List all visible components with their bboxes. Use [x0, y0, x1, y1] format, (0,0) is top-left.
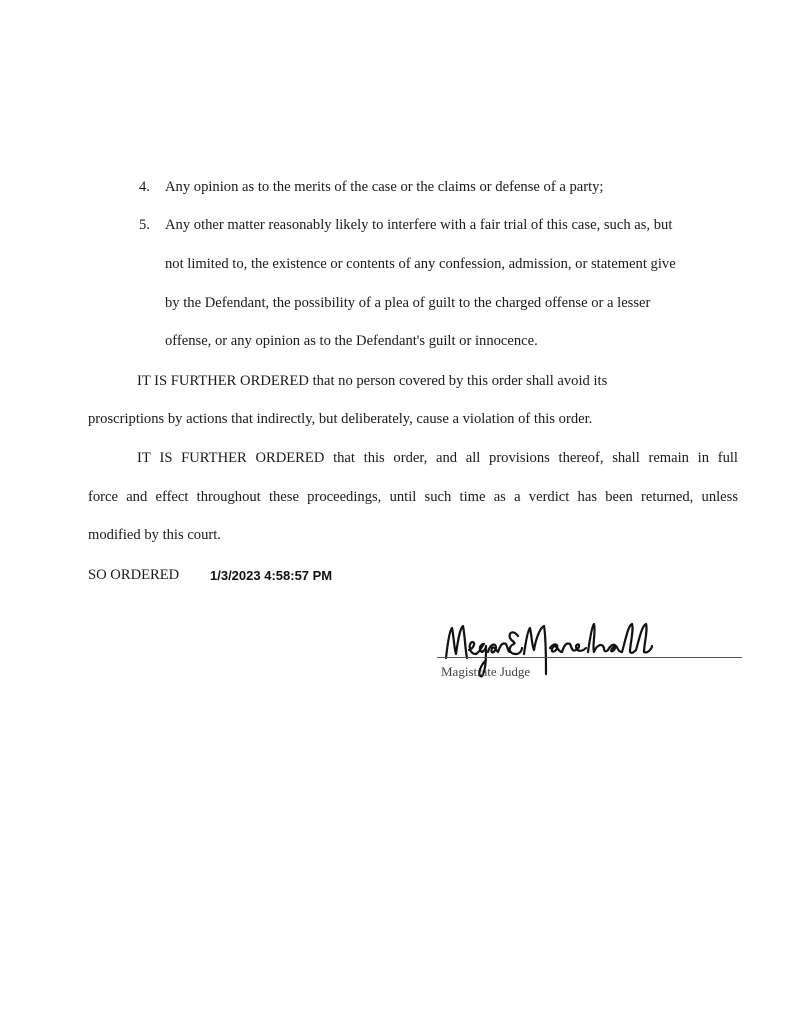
- list-item-5-line-3: by the Defendant, the possibility of a p…: [165, 294, 650, 312]
- word: remain: [648, 449, 689, 467]
- list-item-5-line-2: not limited to, the existence or content…: [165, 255, 676, 273]
- list-item-4-line-1: Any opinion as to the merits of the case…: [165, 178, 604, 196]
- word: these: [269, 488, 299, 506]
- word: FURTHER: [181, 449, 247, 467]
- paragraph-1-line-1: IT IS FURTHER ORDERED that no person cov…: [137, 372, 607, 390]
- order-timestamp: 1/3/2023 4:58:57 PM: [210, 567, 332, 585]
- word: such: [425, 488, 452, 506]
- word: has: [578, 488, 597, 506]
- word: unless: [702, 488, 738, 506]
- word: been: [605, 488, 633, 506]
- signature-line: [437, 657, 742, 658]
- list-number-5: 5.: [139, 216, 150, 234]
- paragraph-2-line-2-text: forceandeffectthroughouttheseproceedings…: [88, 488, 738, 506]
- word: IS: [159, 449, 172, 467]
- word: and: [436, 449, 457, 467]
- paragraph-2-line-1-text: ITISFURTHERORDEREDthatthisorder,andallpr…: [137, 449, 738, 467]
- word: in: [698, 449, 709, 467]
- word: and: [126, 488, 147, 506]
- word: full: [718, 449, 738, 467]
- word: IT: [137, 449, 151, 467]
- word: shall: [612, 449, 640, 467]
- word: ORDERED: [255, 449, 324, 467]
- word: effect: [156, 488, 189, 506]
- word: until: [390, 488, 417, 506]
- word: that: [333, 449, 355, 467]
- word: throughout: [197, 488, 261, 506]
- word: all: [466, 449, 481, 467]
- signature-title: Magistrate Judge: [441, 664, 530, 680]
- list-number-4: 4.: [139, 178, 150, 196]
- list-item-5-line-4: offense, or any opinion as to the Defend…: [165, 332, 538, 350]
- word: force: [88, 488, 118, 506]
- word: thereof,: [559, 449, 604, 467]
- word: as: [494, 488, 506, 506]
- paragraph-2-line-2: forceandeffectthroughouttheseproceedings…: [88, 488, 738, 506]
- word: provisions: [489, 449, 550, 467]
- paragraph-1-line-2: proscriptions by actions that indirectly…: [88, 410, 592, 428]
- word: order,: [393, 449, 427, 467]
- word: time: [460, 488, 486, 506]
- list-item-5-line-1: Any other matter reasonably likely to in…: [165, 216, 672, 234]
- word: proceedings,: [307, 488, 381, 506]
- paragraph-2-line-3: modified by this court.: [88, 526, 221, 544]
- so-ordered-label: SO ORDERED: [88, 566, 179, 584]
- word: returned,: [641, 488, 693, 506]
- word: verdict: [529, 488, 570, 506]
- paragraph-2-line-1: ITISFURTHERORDEREDthatthisorder,andallpr…: [137, 449, 738, 467]
- word: a: [514, 488, 520, 506]
- word: this: [364, 449, 385, 467]
